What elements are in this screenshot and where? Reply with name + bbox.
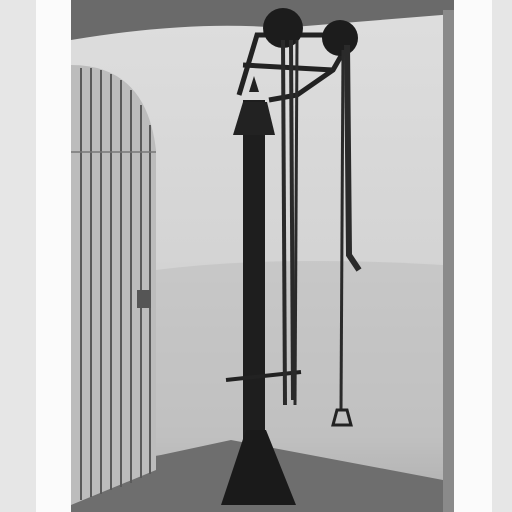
- photo-scene: [71, 0, 454, 512]
- pulley-right: [322, 20, 358, 56]
- arched-door: [71, 65, 156, 505]
- wall-edge: [443, 10, 454, 512]
- door-latch: [137, 290, 151, 308]
- iron-post: [243, 100, 265, 440]
- photograph: [71, 0, 454, 512]
